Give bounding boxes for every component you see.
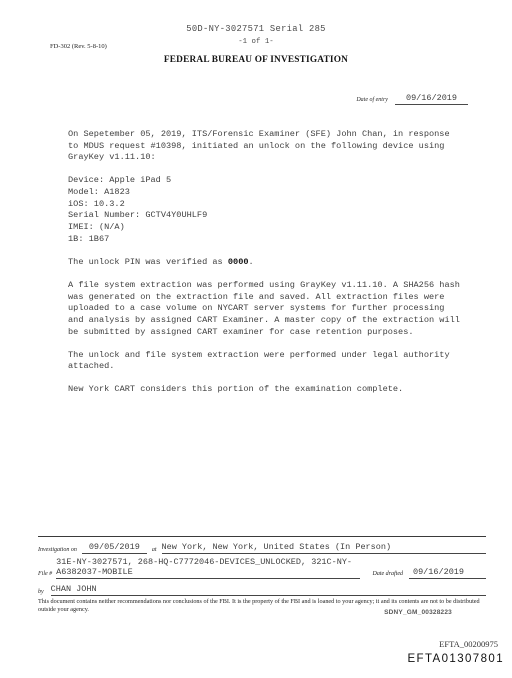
- device-line: iOS: 10.3.2: [68, 199, 470, 211]
- date-drafted-group: Date drafted 09/16/2019: [372, 567, 486, 579]
- fd302-document-page: 50D-NY-3027571 Serial 285 -1 of 1- FD-30…: [0, 0, 512, 678]
- pin-value: 0000: [228, 257, 249, 267]
- by-label: by: [38, 589, 44, 596]
- bates-stamp-efta-large: EFTA01307801: [407, 653, 504, 665]
- date-drafted-label: Date drafted: [372, 571, 403, 579]
- form-number-label: FD-302 (Rev. 5-8-10): [50, 43, 107, 50]
- investigation-row: Investigation on 09/05/2019 at New York,…: [38, 537, 486, 554]
- fd302-footer: Investigation on 09/05/2019 at New York,…: [38, 536, 486, 614]
- date-of-entry-label: Date of entry: [356, 97, 388, 105]
- paragraph-intro: On Sepetember 05, 2019, ITS/Forensic Exa…: [68, 129, 470, 164]
- file-number-label: File #: [38, 571, 52, 579]
- at-label: at: [152, 547, 157, 554]
- date-of-entry-row: Date of entry 09/16/2019: [356, 93, 468, 105]
- investigation-date: 09/05/2019: [82, 542, 147, 554]
- bates-stamp-efta-small: EFTA_00200975: [439, 639, 498, 649]
- file-number-value: 31E-NY-3027571, 268-HQ-C7772046-DEVICES_…: [56, 557, 360, 579]
- device-line: Serial Number: GCTV4Y0UHLF9: [68, 210, 470, 222]
- case-number-header: 50D-NY-3027571 Serial 285: [0, 24, 512, 34]
- file-number-line2: A6382037-MOBILE: [56, 567, 360, 577]
- file-number-line1: 31E-NY-3027571, 268-HQ-C7772046-DEVICES_…: [56, 557, 360, 567]
- date-drafted-value: 09/16/2019: [409, 567, 486, 579]
- paragraph-conclusion: New York CART considers this portion of …: [68, 384, 470, 396]
- device-info-block: Device: Apple iPad 5 Model: A1823 iOS: 1…: [68, 175, 470, 245]
- date-of-entry-value: 09/16/2019: [395, 93, 468, 105]
- bates-stamp-sdny: SDNY_GM_00328223: [384, 609, 452, 616]
- paragraph-extraction: A file system extraction was performed u…: [68, 280, 470, 339]
- paragraph-legal-authority: The unlock and file system extraction we…: [68, 350, 470, 373]
- pin-text-suffix: .: [249, 257, 254, 267]
- device-line: Model: A1823: [68, 187, 470, 199]
- device-line: Device: Apple iPad 5: [68, 175, 470, 187]
- pin-text-prefix: The unlock PIN was verified as: [68, 257, 228, 267]
- device-line: 1B: 1B67: [68, 234, 470, 246]
- drafted-by-value: CHAN JOHN: [51, 584, 486, 596]
- report-body: On Sepetember 05, 2019, ITS/Forensic Exa…: [68, 129, 470, 407]
- investigation-on-label: Investigation on: [38, 547, 77, 554]
- paragraph-pin: The unlock PIN was verified as 0000.: [68, 257, 470, 269]
- device-line: IMEI: (N/A): [68, 222, 470, 234]
- investigation-location: New York, New York, United States (In Pe…: [162, 542, 486, 554]
- drafted-by-row: by CHAN JOHN: [38, 584, 486, 596]
- document-title: FEDERAL BUREAU OF INVESTIGATION: [0, 55, 512, 65]
- file-number-row: File # 31E-NY-3027571, 268-HQ-C7772046-D…: [38, 557, 486, 579]
